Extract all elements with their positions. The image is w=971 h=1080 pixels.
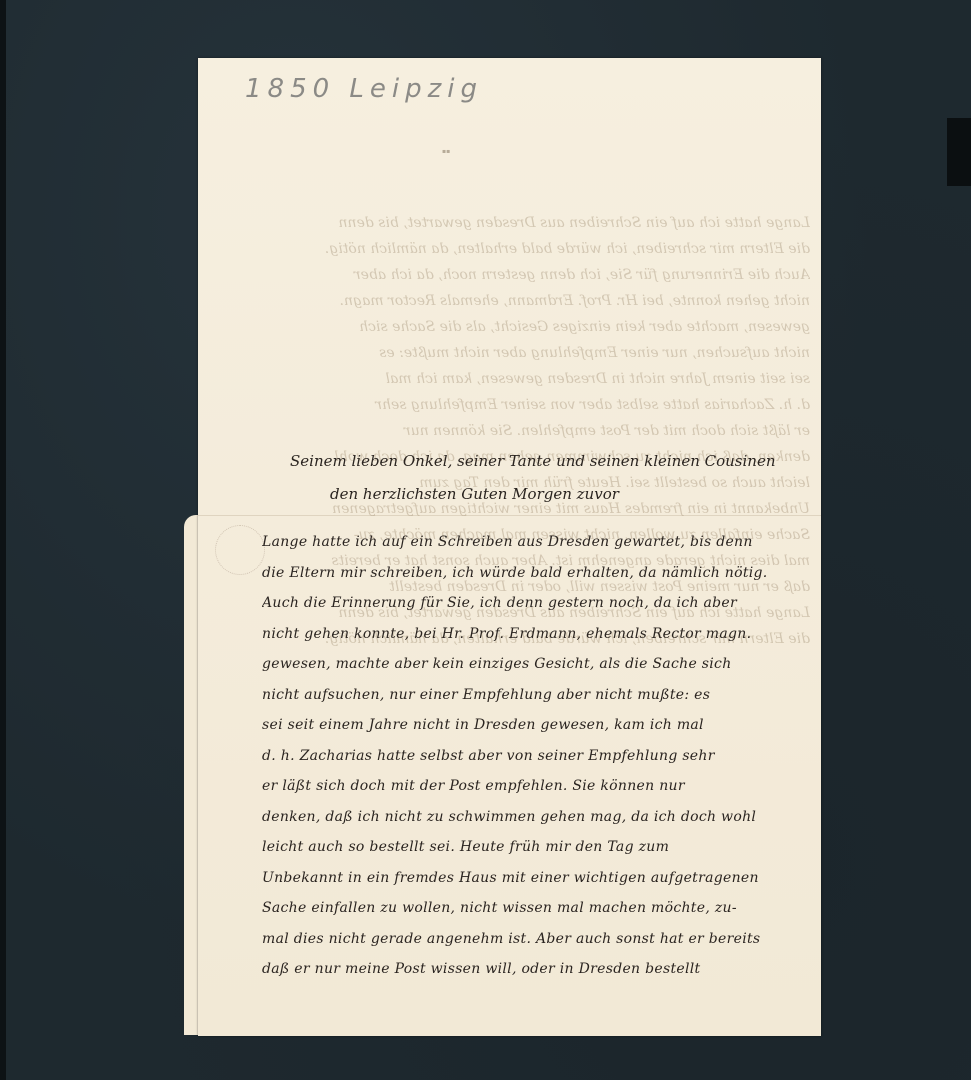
body-line: er läßt sich doch mit der Post empfehlen…	[262, 771, 812, 802]
body-line: nicht gehen konnte, bei Hr. Prof. Erdman…	[262, 619, 812, 650]
body-line: daß er nur meine Post wissen will, oder …	[262, 954, 812, 985]
body-line: die Eltern mir schreiben, ich würde bald…	[262, 558, 812, 589]
body-line: Lange hatte ich auf ein Schreiben aus Dr…	[262, 527, 812, 558]
body-line: mal dies nicht gerade angenehm ist. Aber…	[262, 924, 812, 955]
letter-greeting: Seinem lieben Onkel, seiner Tante und se…	[290, 445, 810, 511]
body-line: d. h. Zacharias hatte selbst aber von se…	[262, 741, 812, 772]
body-line: gewesen, machte aber kein einziges Gesic…	[262, 649, 812, 680]
pencil-annotation: 1850 Leipzig	[245, 74, 483, 104]
letter-body: Lange hatte ich auf ein Schreiben aus Dr…	[262, 527, 812, 985]
body-line: nicht aufsuchen, nur einer Empfehlung ab…	[262, 680, 812, 711]
body-line: sei seit einem Jahre nicht in Dresden ge…	[262, 710, 812, 741]
body-line: leicht auch so bestellt sei. Heute früh …	[262, 832, 812, 863]
body-line: Auch die Erinnerung für Sie, ich denn ge…	[262, 588, 812, 619]
body-line: Sache einfallen zu wollen, nicht wissen …	[262, 893, 812, 924]
scanner-tab-marker	[947, 118, 971, 186]
small-mark: ▪▪	[442, 148, 450, 155]
greeting-line: den herzlichsten Guten Morgen zuvor	[290, 478, 810, 511]
greeting-line: Seinem lieben Onkel, seiner Tante und se…	[290, 445, 810, 478]
body-line: denken, daß ich nicht zu schwimmen gehen…	[262, 802, 812, 833]
scan-edge	[0, 0, 6, 1080]
faint-seal-stamp	[215, 525, 265, 575]
body-line: Unbekannt in ein fremdes Haus mit einer …	[262, 863, 812, 894]
